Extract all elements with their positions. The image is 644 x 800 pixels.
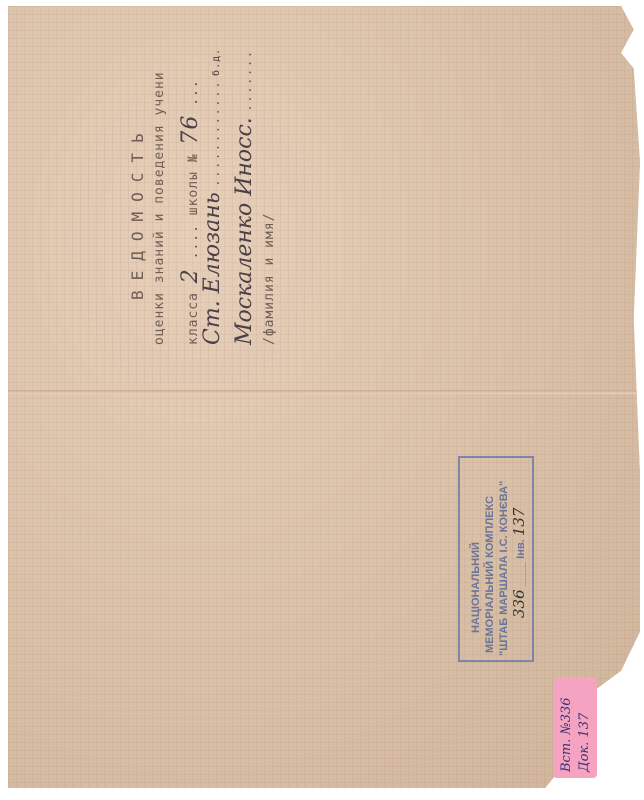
student-name: Москаленко Иносс. xyxy=(232,117,257,345)
abbrev: б.д. xyxy=(211,48,222,76)
stamp-line-3: "ШТАБ МАРШАЛА І.С. КОНЄВА" xyxy=(498,481,510,656)
underline: ____ xyxy=(515,562,527,586)
archive-label: Вст. №336 Док. 137 xyxy=(553,678,597,778)
student-name-line: Москаленко Иносс. . . . . . . . xyxy=(232,52,257,345)
subtitle-line: оценки знаний и поведения учени xyxy=(152,71,167,345)
inv-number: 137 xyxy=(510,508,528,537)
station-name: Ст. Елюзань xyxy=(200,192,225,345)
archive-stamp: НАЦІОНАЛЬНИЙ МЕМОРІАЛЬНИЙ КОМПЛЕКС "ШТАБ… xyxy=(458,456,534,662)
document-title: ВЕДОМОСТЬ xyxy=(128,123,147,300)
label-line-1: Вст. №336 xyxy=(559,697,574,772)
label-line-2: Док. 137 xyxy=(577,713,592,772)
inv-label: Інв. xyxy=(515,539,527,559)
dots: .... xyxy=(186,224,201,259)
name-caption: /фамилия и имя/ xyxy=(262,213,277,345)
dots: ... xyxy=(186,79,201,105)
stamp-line-1: НАЦІОНАЛЬНИЙ xyxy=(470,542,482,633)
stamp-line-2: МЕМОРІАЛЬНИЙ КОМПЛЕКС xyxy=(484,496,496,653)
dots: . . . . . . . xyxy=(239,52,255,110)
station-line: Ст. Елюзань . . . . . . . . . . . . б.д. xyxy=(200,48,225,345)
dots: . . . . . . . . . . . . xyxy=(207,83,223,185)
fund-number: 336 xyxy=(510,589,528,618)
stamp-numbers: 336 ____ Інв. 137 xyxy=(510,508,528,618)
fold-line xyxy=(8,390,640,394)
school-label: школы № xyxy=(186,153,201,215)
document-sheet xyxy=(8,6,640,788)
class-label: класса xyxy=(186,292,201,345)
